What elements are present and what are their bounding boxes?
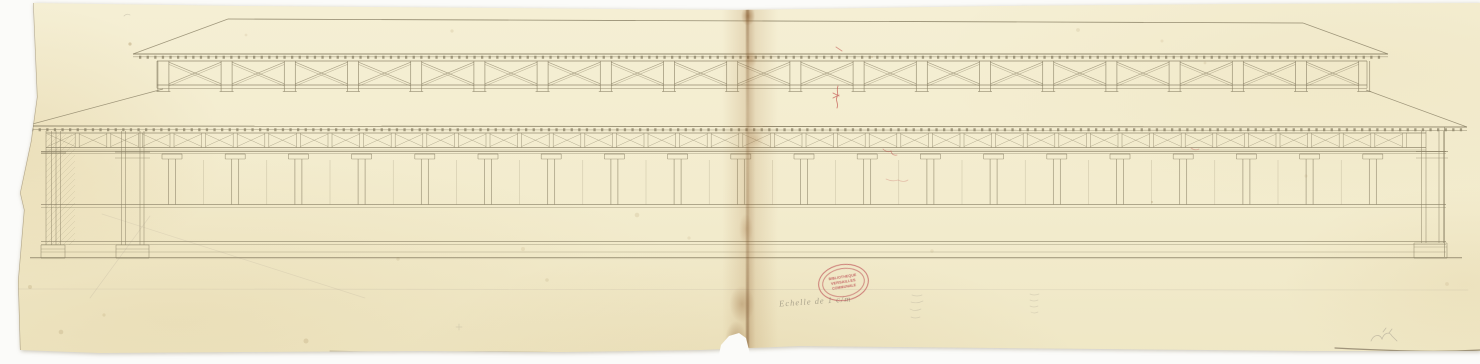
scanned-drawing-page: BIBLIOTHEQUE VERSAILLES COMMUNALE Echell… bbox=[0, 0, 1480, 364]
elevation-drawing bbox=[0, 0, 1480, 364]
stamp-text-line: BIBLIOTHEQUE bbox=[829, 273, 857, 282]
paper-sheet-wrap: BIBLIOTHEQUE VERSAILLES COMMUNALE Echell… bbox=[0, 0, 1480, 364]
stamp-text-line: COMMUNALE bbox=[832, 283, 857, 291]
stamp-text-line: VERSAILLES bbox=[831, 278, 857, 287]
paper-sheet: BIBLIOTHEQUE VERSAILLES COMMUNALE Echell… bbox=[0, 0, 1480, 364]
